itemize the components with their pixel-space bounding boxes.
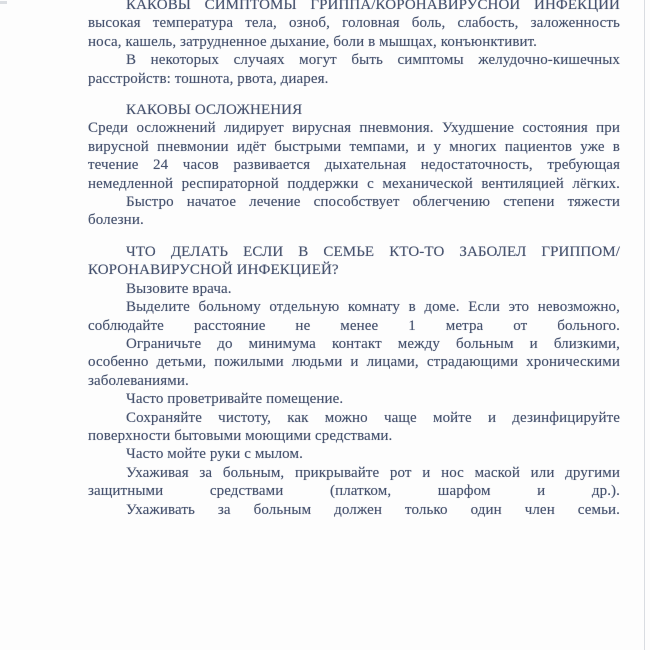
text-line: расстройств: тошнота, рвота, диарея.: [88, 70, 620, 88]
scan-artifact-speck: [0, 1, 7, 4]
text-line: Среди осложнений лидирует вирусная пневм…: [88, 119, 620, 137]
text-line: соблюдайте расстояние не менее 1 метра о…: [88, 317, 620, 335]
text-line: немедленной респираторной поддержки с ме…: [88, 175, 620, 193]
text-line: особенно детьми, пожилыми людьми и лицам…: [88, 353, 620, 371]
text-line: Сохраняйте чистоту, как можно чаще мойте…: [88, 409, 620, 427]
text-line: носа, кашель, затрудненное дыхание, боли…: [88, 33, 620, 51]
section-heading-what-to-do-line2: КОРОНАВИРУСНОЙ ИНФЕКЦИЕЙ?: [88, 261, 620, 279]
section-symptoms: КАКОВЫ СИМПТОМЫ ГРИППА/КОРОНАВИРУСНОЙ ИН…: [88, 0, 620, 88]
text-line: Ухаживая за больным, прикрывайте рот и н…: [88, 464, 620, 482]
scanned-document-page: КАКОВЫ СИМПТОМЫ ГРИППА/КОРОНАВИРУСНОЙ ИН…: [0, 0, 650, 650]
text-line: Выделите больному отдельную комнату в до…: [88, 298, 620, 316]
text-line: высокая температура тела, озноб, головна…: [88, 14, 620, 32]
text-line: Часто проветривайте помещение.: [88, 390, 620, 408]
section-complications: КАКОВЫ ОСЛОЖНЕНИЯ Среди осложнений лидир…: [88, 101, 620, 230]
text-line: Вызовите врача.: [88, 280, 620, 298]
text-line: вирусной пневмонии идёт быстрыми темпами…: [88, 138, 620, 156]
text-line: поверхности бытовыми моющими средствами.: [88, 427, 620, 445]
section-what-to-do: ЧТО ДЕЛАТЬ ЕСЛИ В СЕМЬЕ КТО-ТО ЗАБОЛЕЛ Г…: [88, 243, 620, 519]
text-line: защитными средствами (платком, шарфом и …: [88, 482, 620, 500]
text-line: заболеваниями.: [88, 372, 620, 390]
scan-artifact-vertical-line: [644, 0, 645, 650]
text-line: Часто мойте руки с мылом.: [88, 445, 620, 463]
text-line: течение 24 часов развивается дыхательная…: [88, 156, 620, 174]
text-line: Ухаживать за больным должен только один …: [88, 501, 620, 519]
text-line: болезни.: [88, 211, 620, 229]
section-heading-what-to-do: ЧТО ДЕЛАТЬ ЕСЛИ В СЕМЬЕ КТО-ТО ЗАБОЛЕЛ Г…: [88, 243, 620, 261]
text-line: Ограничьте до минимума контакт между бол…: [88, 335, 620, 353]
section-heading-symptoms: КАКОВЫ СИМПТОМЫ ГРИППА/КОРОНАВИРУСНОЙ ИН…: [88, 0, 620, 14]
section-heading-complications: КАКОВЫ ОСЛОЖНЕНИЯ: [88, 101, 620, 119]
text-line: В некоторых случаях могут быть симптомы …: [88, 51, 620, 69]
text-line: Быстро начатое лечение способствует обле…: [88, 193, 620, 211]
document-text-block: КАКОВЫ СИМПТОМЫ ГРИППА/КОРОНАВИРУСНОЙ ИН…: [88, 0, 620, 519]
